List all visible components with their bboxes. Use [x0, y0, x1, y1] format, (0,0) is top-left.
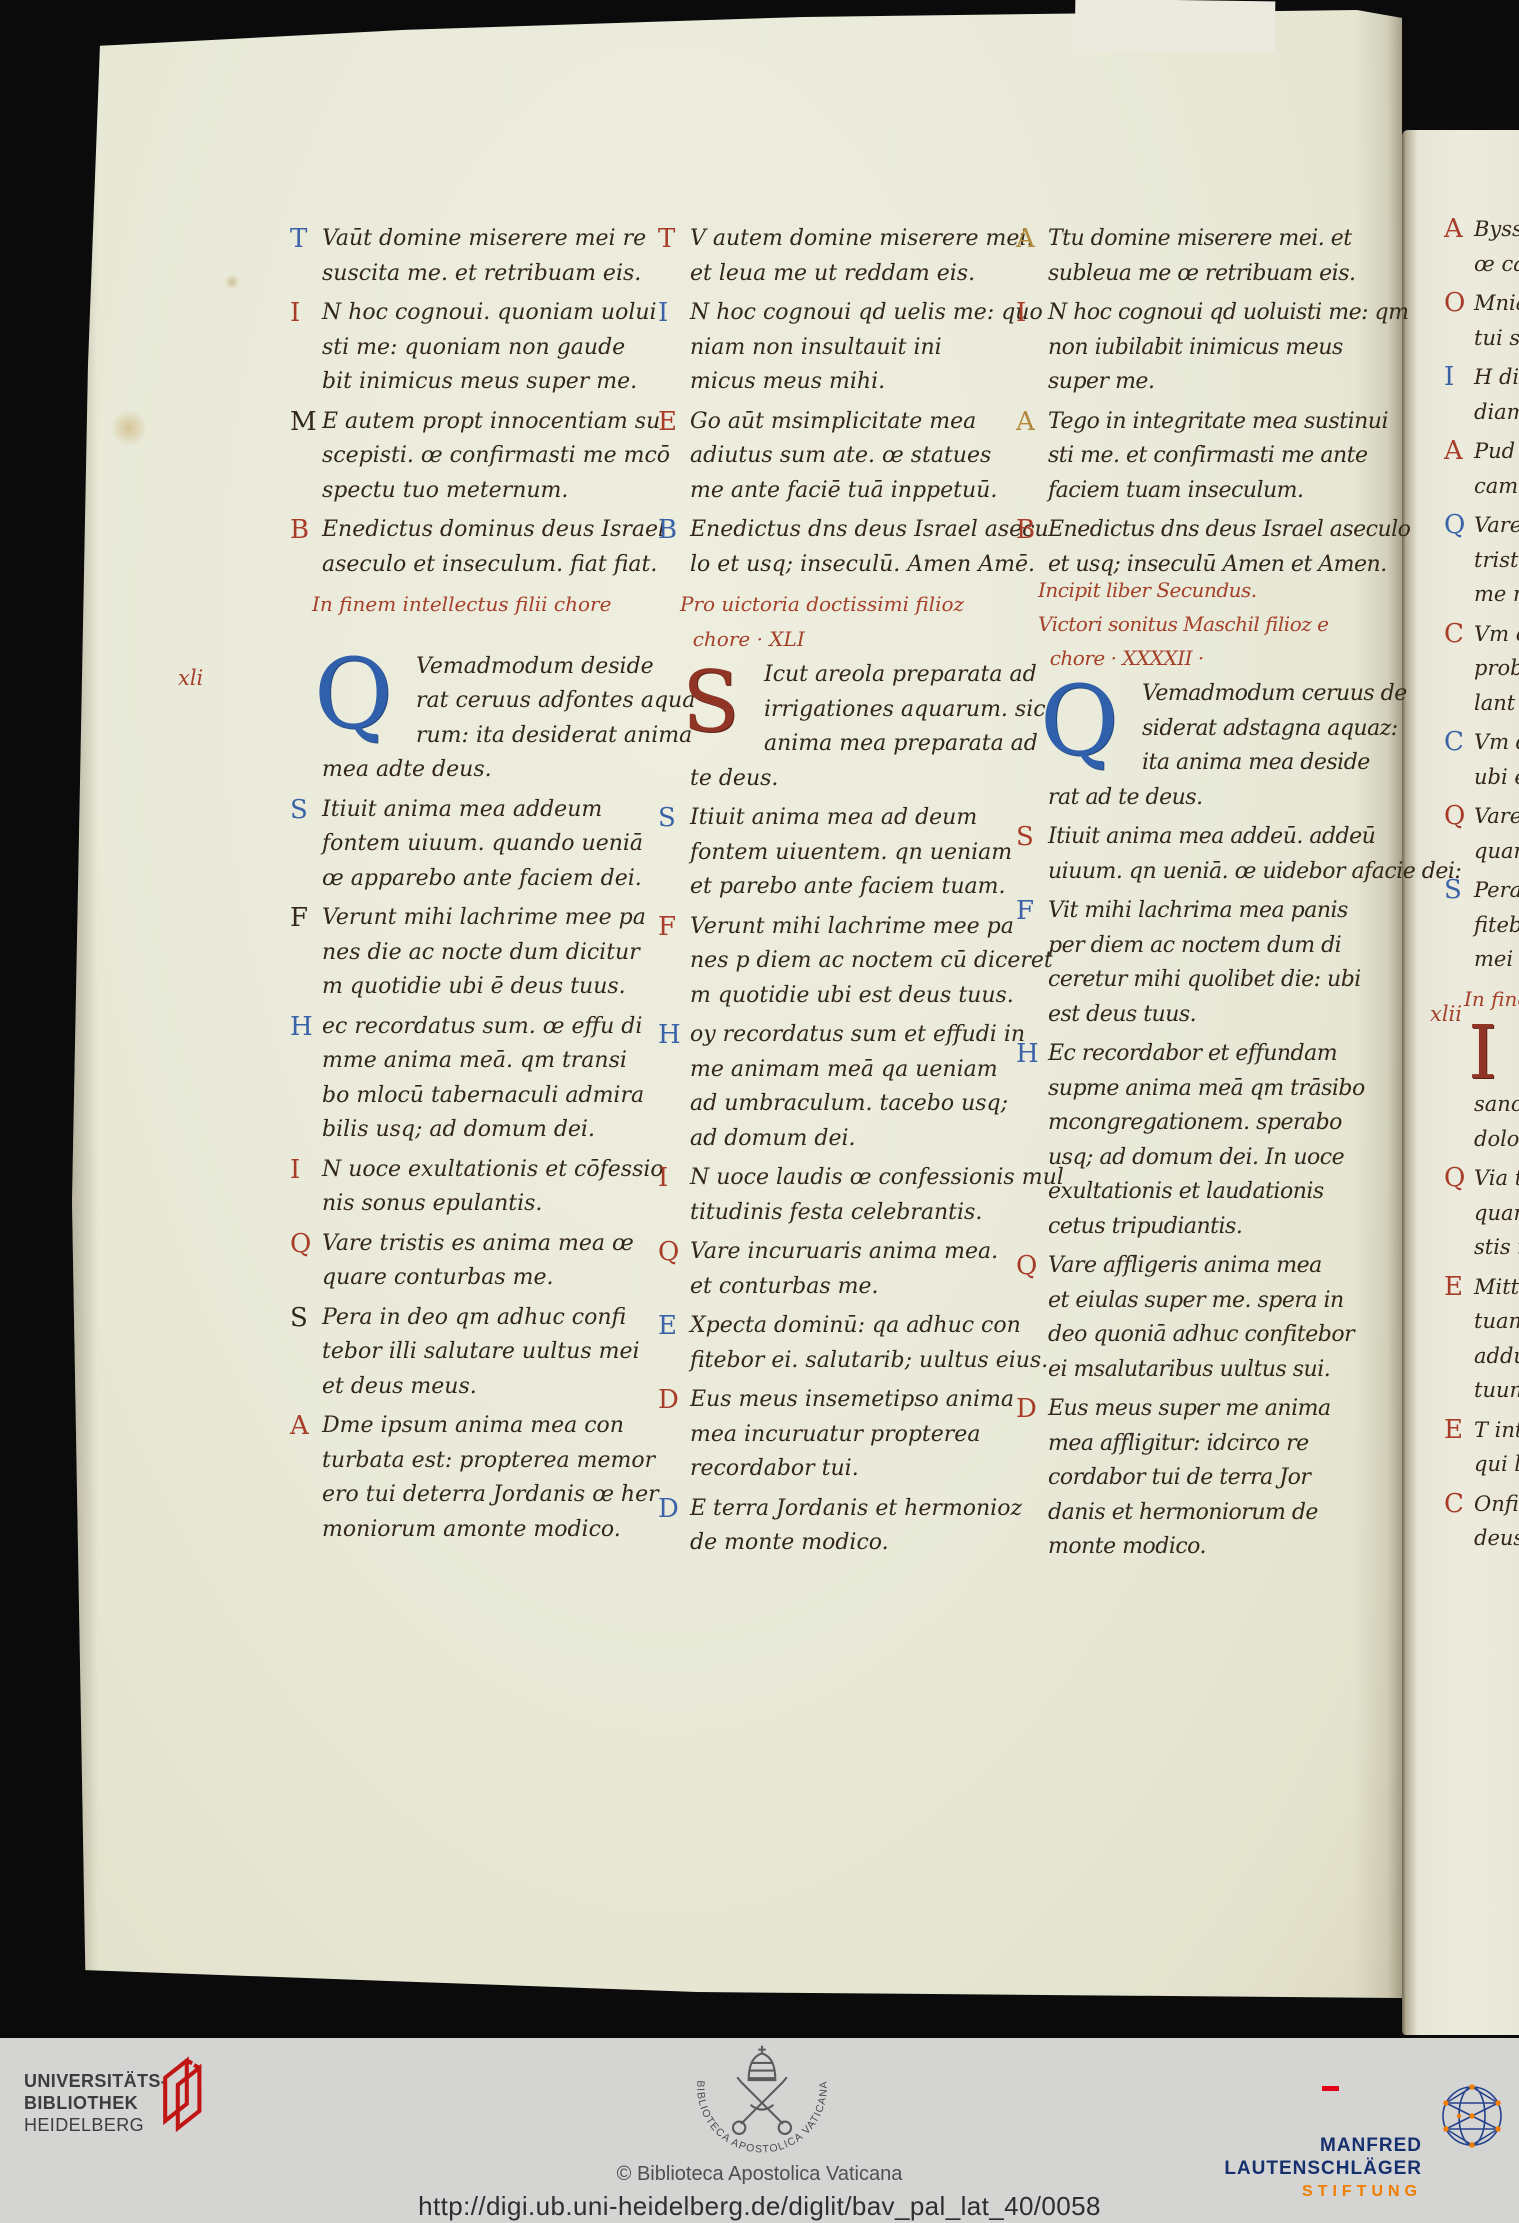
manuscript-line: ubi est c — [1474, 760, 1519, 795]
versal-initial: S — [658, 803, 676, 833]
psalm-verse: HEc recordabor et effundamsupme anima me… — [1048, 1037, 1438, 1244]
manuscript-line: Itiuit anima mea addeū. addeū — [1048, 820, 1438, 855]
manuscript-line: Vare ob — [1474, 508, 1519, 543]
versal-initial: C — [1444, 727, 1464, 757]
psalm-verse: QVare tristis es anima mea œquare contur… — [322, 1227, 694, 1296]
psalm-verse: ATtu domine miserere mei. etsubleua me œ… — [1048, 222, 1438, 291]
versal-initial: I — [290, 1155, 300, 1185]
manuscript-line: ceretur mihi quolibet die: ubi — [1048, 963, 1438, 998]
verse-lines: Via tu esquare rstis inced — [1474, 1161, 1519, 1265]
rubric-line: In finem intellectus filii chore — [312, 587, 694, 622]
versal-initial: S — [1016, 822, 1033, 852]
svg-text:BIBLIOTECA APOSTOLICA VATICANA: BIBLIOTECA APOSTOLICA VATICANA — [694, 2080, 830, 2156]
psalm-verse: SPera infitebormei et — [1474, 873, 1519, 977]
manuscript-line: turbata est: propterea memor — [322, 1444, 694, 1479]
verse-lines: E terra Jordanis et hermoniozde monte mo… — [690, 1492, 1060, 1561]
manuscript-line: Go aūt msimplicitate mea — [690, 405, 1060, 440]
manuscript-line: adduxer — [1474, 1339, 1519, 1374]
manuscript-line: Via tu es — [1474, 1161, 1519, 1196]
ub-logo-line: HEIDELBERG — [24, 2114, 167, 2136]
versal-initial: B — [658, 515, 677, 545]
versal-initial: C — [1444, 1489, 1464, 1519]
text-column-3: ATtu domine miserere mei. etsubleua me œ… — [1048, 222, 1438, 1570]
versal-initial: H — [658, 1020, 681, 1050]
manuscript-line: tebor illi salutare uultus mei — [322, 1335, 694, 1370]
versal-initial: Q — [1016, 1251, 1037, 1281]
ub-logo-line: BIBLIOTHEK — [24, 2092, 167, 2114]
manuscript-line: me animam meā qa ueniam — [690, 1053, 1060, 1088]
manuscript-line: anima mea preparata ad — [764, 727, 1060, 762]
manuscript-line: Vare affligeris anima mea — [1048, 1249, 1438, 1284]
ub-book-icon — [158, 2050, 212, 2136]
psalm-verse: ME autem propt innocentiam suscepisti. œ… — [322, 405, 694, 509]
manuscript-line: deo quoniā adhuc confitebor — [1048, 1318, 1438, 1353]
verse-lines: Mnia excetui super — [1474, 286, 1519, 355]
rubric: In finem intellectus filii chore — [312, 587, 694, 622]
versal-initial: O — [1444, 288, 1465, 318]
parchment-stain — [112, 408, 146, 448]
manuscript-line: fontem uiuum. quando ueniā — [322, 827, 694, 862]
manuscript-line: scepisti. œ confirmasti me mcō — [322, 439, 694, 474]
manuscript-line: micus meus mihi. — [690, 365, 1060, 400]
versal-initial: H — [290, 1012, 313, 1042]
manuscript-line: Enedictus dominus deus Israel — [322, 513, 694, 548]
rubric-line: chore · XLI — [680, 622, 1060, 657]
versal-initial: I — [1444, 362, 1454, 392]
psalm-verse: APud mecam dec — [1474, 434, 1519, 503]
vatican-emblem-text: BIBLIOTECA APOSTOLICA VATICANA — [694, 2080, 830, 2156]
manuscript-line: N uoce laudis œ confessionis mul — [690, 1161, 1060, 1196]
psalm-verse: EXpecta dominū: qa adhuc confitebor ei. … — [690, 1309, 1060, 1378]
manuscript-line: Enedictus dns deus Israel asecu — [690, 513, 1060, 548]
manuscript-line: qui letifica — [1474, 1447, 1519, 1482]
manuscript-line: Xpecta dominū: qa adhuc con — [690, 1309, 1060, 1344]
ml-logo-line: MANFRED — [1150, 2134, 1422, 2157]
verse-lines: Byssus abyœ catarract — [1474, 212, 1519, 281]
manuscript-line: et usq; inseculū Amen et Amen. — [1048, 548, 1438, 583]
psalm-verse: AByssus abyœ catarract — [1474, 212, 1519, 281]
verse-lines: N uoce exultationis et cōfessionis sonus… — [322, 1153, 694, 1222]
verse-lines: ec recordatus sum. œ effu dimme anima me… — [322, 1010, 694, 1148]
manuscript-line: Pera in — [1474, 873, 1519, 908]
manuscript-line: fitebor ei. salutarib; uultus eius. — [690, 1344, 1060, 1379]
manuscript-line: et leua me ut reddam eis. — [690, 257, 1060, 292]
psalm-verse: DEus meus insemetipso animamea incuruatu… — [690, 1383, 1060, 1487]
psalm-verse: IVdiccausancta adoloso e — [1474, 1018, 1519, 1156]
versal-initial: I — [1016, 298, 1026, 328]
versal-initial: I — [658, 298, 668, 328]
verse-lines: Itiuit anima mea addeumfontem uiuum. qua… — [322, 793, 694, 897]
psalm-verse: EGo aūt msimplicitate meaadiutus sum ate… — [690, 405, 1060, 509]
manuscript-line: œ catarract — [1474, 247, 1519, 282]
manuscript-line: Vemadmodum ceruus de — [1142, 677, 1438, 712]
text-column-4: AByssus abyœ catarractOMnia excetui supe… — [1474, 212, 1519, 1561]
verse-lines: Icut areola preparata adirrigationes aqu… — [690, 658, 1060, 796]
manuscript-line: Pera in deo qm adhuc confi — [322, 1301, 694, 1336]
versal-initial: A — [290, 1411, 309, 1441]
psalm-verse: IN uoce laudis œ confessionis multitudin… — [690, 1161, 1060, 1230]
manuscript-line: est deus tuus. — [1048, 998, 1438, 1033]
psalm-verse: BEnedictus dns deus Israel aseculoet usq… — [1048, 513, 1438, 582]
manuscript-line: nes die ac nocte dum dicitur — [322, 936, 694, 971]
psalm-verse: ET introibo aqui letifica — [1474, 1413, 1519, 1482]
verse-lines: Vm co:probralant me — [1474, 617, 1519, 721]
verse-lines: E autem propt innocentiam suscepisti. œ … — [322, 405, 694, 509]
verse-lines: Eus meus insemetipso animamea incuruatur… — [690, 1383, 1060, 1487]
manuscript-line: mme anima meā. qm transi — [322, 1044, 694, 1079]
psalm-verse: SItiuit anima mea addeū. addeūuiuum. qn … — [1048, 820, 1438, 889]
margin-note-xli: xli — [178, 666, 203, 690]
manuscript-line: suscita me. et retribuam eis. — [322, 257, 694, 292]
manuscript-line: Eus meus insemetipso anima — [690, 1383, 1060, 1418]
manuscript-line: Vemadmodum deside — [416, 650, 694, 685]
manuscript-line: Mnia exce — [1474, 286, 1519, 321]
manuscript-line: exultationis et laudationis — [1048, 1175, 1438, 1210]
manuscript-line: nis sonus epulantis. — [322, 1187, 694, 1222]
verse-lines: Vare incuruaris anima mea.et conturbas m… — [690, 1235, 1060, 1304]
ml-logo-line: STIFTUNG — [1150, 2180, 1422, 2203]
versal-initial: S — [290, 795, 308, 825]
manuscript-line: ei msalutaribus uultus sui. — [1048, 1353, 1438, 1388]
vatican-emblem-icon: BIBLIOTECA APOSTOLICA VATICANA — [619, 2042, 905, 2162]
verse-lines: Enedictus dns deus Israel aseculoet usq;… — [1048, 513, 1438, 582]
verse-lines: Go aūt msimplicitate meaadiutus sum ate.… — [690, 405, 1060, 509]
manuscript-line: quare conturbas me. — [322, 1261, 694, 1296]
verse-lines: Vaūt domine miserere mei resuscita me. e… — [322, 222, 694, 291]
manuscript-line: de monte modico. — [690, 1526, 1060, 1561]
manuscript-line: et conturbas me. — [690, 1270, 1060, 1305]
versal-initial: D — [1016, 1394, 1036, 1424]
verse-lines: H die madiam suā — [1474, 360, 1519, 429]
psalm-verse: ATego in integritate mea sustinuisti me.… — [1048, 405, 1438, 509]
manuscript-line: bit inimicus meus super me. — [322, 365, 694, 400]
manuscript-line: tuum et — [1474, 1373, 1519, 1408]
manuscript-line: Ec recordabor et effundam — [1048, 1037, 1438, 1072]
verse-lines: oy recordatus sum et effudi inme animam … — [690, 1018, 1060, 1156]
manuscript-line: Verunt mihi lachrime mee pa — [690, 910, 1060, 945]
manuscript-line: faciem tuam inseculum. — [1048, 474, 1438, 509]
psalm-verse: SItiuit anima mea addeumfontem uiuum. qu… — [322, 793, 694, 897]
versal-initial: Q — [290, 1229, 311, 1259]
versal-initial: F — [658, 912, 676, 942]
manuscript-line: Enedictus dns deus Israel aseculo — [1048, 513, 1438, 548]
manuscript-line: Vare incuruaris anima mea. — [690, 1235, 1060, 1270]
manuscript-line: usq; ad domum dei. In uoce — [1048, 1141, 1438, 1176]
parchment-stain — [224, 274, 240, 290]
manuscript-line: N hoc cognoui qd uoluisti me: qm — [1048, 296, 1438, 331]
versal-initial: B — [1016, 515, 1035, 545]
manuscript-line: ec recordatus sum. œ effu di — [322, 1010, 694, 1045]
manuscript-line: super me. — [1048, 365, 1438, 400]
illuminated-initial: Q — [314, 650, 393, 738]
illuminated-initial: I — [1468, 1018, 1497, 1088]
verse-lines: N hoc cognoui qd uoluisti me: qmnon iubi… — [1048, 296, 1438, 400]
manuscript-line: tuam. v — [1474, 1304, 1519, 1339]
manuscript-line: non iubilabit inimicus meus — [1048, 331, 1438, 366]
manuscript-photo: TVaūt domine miserere mei resuscita me. … — [0, 0, 1519, 2223]
manuscript-line: uiuum. qn ueniā. œ uidebor afacie dei: — [1048, 855, 1438, 890]
manuscript-line: diam suā — [1474, 395, 1519, 430]
manuscript-line: fitebor — [1474, 908, 1519, 943]
ml-stiftung-logo: MANFRED LAUTENSCHLÄGER STIFTUNG — [1150, 2134, 1422, 2203]
rubric-line: Pro uictoria doctissimi filioz — [680, 587, 1060, 622]
verse-lines: Enedictus dominus deus Israelaseculo et … — [322, 513, 694, 582]
manuscript-line: probra — [1474, 651, 1519, 686]
psalm-verse: CVm co:probralant me — [1474, 617, 1519, 721]
verse-lines: N uoce laudis œ confessionis multitudini… — [690, 1161, 1060, 1230]
manuscript-line: Vaūt domine miserere mei re — [322, 222, 694, 257]
manuscript-line: Vm co: — [1474, 617, 1519, 652]
psalm-verse: QVare incuruaris anima mea.et conturbas … — [690, 1235, 1060, 1304]
psalm-verse: FVit mihi lachrima mea panisper diem ac … — [1048, 894, 1438, 1032]
manuscript-line: Itiuit anima mea ad deum — [690, 801, 1060, 836]
manuscript-line: Verunt mihi lachrime mee pa — [322, 901, 694, 936]
versal-initial: F — [1016, 896, 1034, 926]
manuscript-line: mcongregationem. sperabo — [1048, 1106, 1438, 1141]
rubric: Incipit liber Secundus.Victori sonitus M… — [1038, 573, 1438, 675]
manuscript-line: Onfitebor t — [1474, 1487, 1519, 1522]
manuscript-line: me mi: — [1474, 577, 1519, 612]
psalm-verse: TVaūt domine miserere mei resuscita me. … — [322, 222, 694, 291]
psalm-verse: FVerunt mihi lachrime mee panes die ac n… — [322, 901, 694, 1005]
versal-initial: S — [290, 1303, 308, 1333]
versal-initial: E — [658, 1311, 677, 1341]
manuscript-line: Pud me — [1474, 434, 1519, 469]
manuscript-line: fontem uiuentem. qn ueniam — [690, 836, 1060, 871]
verse-lines: Dme ipsum anima mea conturbata est: prop… — [322, 1409, 694, 1547]
manuscript-line: V autem domine miserere mei. — [690, 222, 1060, 257]
manuscript-line: Mitte lu — [1474, 1270, 1519, 1305]
manuscript-line: mea incuruatur propterea — [690, 1418, 1060, 1453]
manuscript-line: irrigationes aquarum. sic — [764, 693, 1060, 728]
manuscript-line: aseculo et inseculum. fiat fiat. — [322, 548, 694, 583]
manuscript-line: T introibo a — [1474, 1413, 1519, 1448]
manuscript-line: rat ad te deus. — [1048, 781, 1438, 816]
ml-logo-line: LAUTENSCHLÄGER — [1150, 2157, 1422, 2180]
verse-lines: Enedictus dns deus Israel aseculo et usq… — [690, 513, 1060, 582]
psalm-verse: TV autem domine miserere mei.et leua me … — [690, 222, 1060, 291]
manuscript-line: tui super — [1474, 321, 1519, 356]
verse-lines: Mitte lutuam. vadduxertuum et — [1474, 1270, 1519, 1408]
verse-lines: N hoc cognoui qd uelis me: quoniam non i… — [690, 296, 1060, 400]
illuminated-initial: S — [682, 658, 740, 746]
manuscript-line: mei et — [1474, 942, 1519, 977]
versal-initial: Q — [1444, 1163, 1465, 1193]
psalm-verse: BEnedictus dominus deus Israelaseculo et… — [322, 513, 694, 582]
versal-initial: I — [658, 1163, 668, 1193]
manuscript-line: per diem ac noctem dum di — [1048, 929, 1438, 964]
manuscript-line: N hoc cognoui qd uelis me: quo — [690, 296, 1060, 331]
book-top-edge — [1075, 0, 1276, 53]
psalm-verse: QVemadmodum ceruus desiderat adstagna aq… — [1048, 677, 1438, 815]
illuminated-initial: Q — [1040, 677, 1118, 765]
verse-lines: Ttu domine miserere mei. etsubleua me œ … — [1048, 222, 1438, 291]
psalm-verse: COnfitebor tdeus meus. — [1474, 1487, 1519, 1556]
versal-initial: E — [658, 407, 677, 437]
versal-initial: T — [658, 224, 675, 254]
manuscript-line: Byssus aby — [1474, 212, 1519, 247]
versal-initial: Q — [658, 1237, 679, 1267]
verse-lines: Tego in integritate mea sustinuisti me. … — [1048, 405, 1438, 509]
psalm-verse: Hec recordatus sum. œ effu dimme anima m… — [322, 1010, 694, 1148]
versal-initial: T — [290, 224, 307, 254]
psalm-verse: SPera in deo qm adhuc confitebor illi sa… — [322, 1301, 694, 1405]
manuscript-line: oy recordatus sum et effudi in — [690, 1018, 1060, 1053]
versal-initial: B — [290, 515, 309, 545]
psalm-verse: BEnedictus dns deus Israel aseculo et us… — [690, 513, 1060, 582]
manuscript-line: Vare tri — [1474, 799, 1519, 834]
verse-lines: Xpecta dominū: qa adhuc confitebor ei. s… — [690, 1309, 1060, 1378]
verse-lines: Ec recordabor et effundamsupme anima meā… — [1048, 1037, 1438, 1244]
manuscript-line: supme anima meā qm trāsibo — [1048, 1072, 1438, 1107]
versal-initial: A — [1016, 407, 1034, 437]
manuscript-line: Tego in integritate mea sustinui — [1048, 405, 1438, 440]
manuscript-line: subleua me œ retribuam eis. — [1048, 257, 1438, 292]
psalm-verse: IN uoce exultationis et cōfessionis sonu… — [322, 1153, 694, 1222]
manuscript-line: cetus tripudiantis. — [1048, 1210, 1438, 1245]
psalm-verse: QVare obtristatume mi: — [1474, 508, 1519, 612]
psalm-verse: Hoy recordatus sum et effudi inme animam… — [690, 1018, 1060, 1156]
versal-initial: S — [1444, 875, 1462, 905]
versal-initial: Q — [1444, 510, 1465, 540]
psalm-verse: IH die madiam suā — [1474, 360, 1519, 429]
manuscript-line: ero tui deterra Jordanis œ her — [322, 1478, 694, 1513]
versal-initial: E — [1444, 1272, 1463, 1302]
manuscript-line: et parebo ante faciem tuam. — [690, 870, 1060, 905]
manuscript-line: m quotidie ubi ē deus tuus. — [322, 970, 694, 1005]
manuscript-line: Vm dicu — [1474, 725, 1519, 760]
manuscript-line: N hoc cognoui. quoniam uolui — [322, 296, 694, 331]
manuscript-line: E autem propt innocentiam su — [322, 405, 694, 440]
manuscript-line: rum: ita desiderat anima — [416, 719, 694, 754]
rubric: Pro uictoria doctissimi filioz chore · X… — [680, 587, 1060, 656]
verse-lines: Vare affligeris anima meaet eiulas super… — [1048, 1249, 1438, 1387]
versal-initial: M — [290, 407, 317, 437]
psalm-verse: ADme ipsum anima mea conturbata est: pro… — [322, 1409, 694, 1547]
globe-icon — [1432, 2076, 1512, 2156]
manuscript-line: Vare tristis es anima mea œ — [322, 1227, 694, 1262]
manuscript-line: mea adte deus. — [322, 753, 694, 788]
manuscript-line: E terra Jordanis et hermonioz — [690, 1492, 1060, 1527]
versal-initial: F — [290, 903, 308, 933]
versal-initial: I — [290, 298, 300, 328]
versal-initial: D — [658, 1385, 679, 1415]
manuscript-line: te deus. — [690, 762, 1060, 797]
manuscript-line: tristatu — [1474, 543, 1519, 578]
leaf-left-edge-shading — [72, 8, 98, 1998]
psalm-verse: QVia tu esquare rstis inced — [1474, 1161, 1519, 1265]
manuscript-line: danis et hermoniorum de — [1048, 1496, 1438, 1531]
verse-lines: Vare tristis es anima mea œquare conturb… — [322, 1227, 694, 1296]
psalm-verse: QVare affligeris anima meaet eiulas supe… — [1048, 1249, 1438, 1387]
psalm-verse: QVare triquare c — [1474, 799, 1519, 868]
verse-lines: Itiuit anima mea addeū. addeūuiuum. qn u… — [1048, 820, 1438, 889]
manuscript-line: nes p diem ac noctem cū diceret — [690, 944, 1060, 979]
verse-lines: V autem domine miserere mei.et leua me u… — [690, 222, 1060, 291]
ub-logo-line: UNIVERSITÄTS- — [24, 2070, 167, 2092]
rubric-line: Victori sonitus Maschil filioz e — [1038, 607, 1438, 641]
verse-lines: Onfitebor tdeus meus. — [1474, 1487, 1519, 1556]
manuscript-line: monte modico. — [1048, 1530, 1438, 1565]
versal-initial: C — [1444, 619, 1464, 649]
verse-lines: Eus meus super me animamea affligitur: i… — [1048, 1392, 1438, 1565]
psalm-verse: SItiuit anima mea ad deumfontem uiuentem… — [690, 801, 1060, 905]
versal-initial: D — [658, 1494, 679, 1524]
psalm-verse: EMitte lutuam. vadduxertuum et — [1474, 1270, 1519, 1408]
manuscript-line: Dme ipsum anima mea con — [322, 1409, 694, 1444]
manuscript-line: adiutus sum ate. œ statues — [690, 439, 1060, 474]
manuscript-line: m quotidie ubi est deus tuus. — [690, 979, 1060, 1014]
psalm-verse: FVerunt mihi lachrime mee panes p diem a… — [690, 910, 1060, 1014]
manuscript-line: Itiuit anima mea addeum — [322, 793, 694, 828]
versal-initial: Q — [1444, 801, 1465, 831]
manuscript-line: lo et usq; inseculū. Amen Amē. — [690, 548, 1060, 583]
manuscript-line: spectu tuo meternum. — [322, 474, 694, 509]
manuscript-line: doloso e — [1474, 1122, 1519, 1157]
manuscript-line: et eiulas super me. spera in — [1048, 1284, 1438, 1319]
manuscript-line: cam dec — [1474, 469, 1519, 504]
manuscript-line: Ttu domine miserere mei. et — [1048, 222, 1438, 257]
verse-lines: Pera infitebormei et — [1474, 873, 1519, 977]
manuscript-line: quare c — [1474, 834, 1519, 869]
manuscript-line: rat ceruus adfontes aqua — [416, 684, 694, 719]
versal-initial: E — [1444, 1415, 1463, 1445]
manuscript-line: ita anima mea deside — [1142, 746, 1438, 781]
manuscript-line: quare r — [1474, 1196, 1519, 1231]
verse-lines: Verunt mihi lachrime mee panes p diem ac… — [690, 910, 1060, 1014]
red-dash — [1322, 2086, 1339, 2091]
verse-lines: T introibo aqui letifica — [1474, 1413, 1519, 1482]
versal-initial: A — [1444, 214, 1463, 244]
manuscript-line: et deus meus. — [322, 1370, 694, 1405]
manuscript-line: stis inced — [1474, 1230, 1519, 1265]
manuscript-line: recordabor tui. — [690, 1452, 1060, 1487]
manuscript-line: sti me: quoniam non gaude — [322, 331, 694, 366]
psalm-verse: IN hoc cognoui qd uelis me: quoniam non … — [690, 296, 1060, 400]
psalm-verse: QVemadmodum desiderat ceruus adfontes aq… — [322, 650, 694, 788]
manuscript-line: deus meus. — [1474, 1521, 1519, 1556]
text-column-1: TVaūt domine miserere mei resuscita me. … — [322, 222, 694, 1552]
manuscript-line: moniorum amonte modico. — [322, 1513, 694, 1548]
psalm-verse: DEus meus super me animamea affligitur: … — [1048, 1392, 1438, 1565]
psalm-verse: OMnia excetui super — [1474, 286, 1519, 355]
verse-lines: Pera in deo qm adhuc confitebor illi sal… — [322, 1301, 694, 1405]
manuscript-line: Vit mihi lachrima mea panis — [1048, 894, 1438, 929]
manuscript-line: bilis usq; ad domum dei. — [322, 1113, 694, 1148]
verse-lines: Vare triquare c — [1474, 799, 1519, 868]
versal-initial: A — [1016, 224, 1034, 254]
psalm-verse: SIcut areola preparata adirrigationes aq… — [690, 658, 1060, 796]
manuscript-line: H die ma — [1474, 360, 1519, 395]
margin-note-xlii: xlii — [1430, 1002, 1462, 1026]
psalm-verse: IN hoc cognoui qd uoluisti me: qmnon iub… — [1048, 296, 1438, 400]
manuscript-line: œ apparebo ante faciem dei. — [322, 862, 694, 897]
psalm-verse: IN hoc cognoui. quoniam uoluisti me: quo… — [322, 296, 694, 400]
manuscript-line: ad domum dei. — [690, 1122, 1060, 1157]
psalm-verse: DE terra Jordanis et hermoniozde monte m… — [690, 1492, 1060, 1561]
manuscript-line: titudinis festa celebrantis. — [690, 1196, 1060, 1231]
manuscript-line: sti me. et confirmasti me ante — [1048, 439, 1438, 474]
manuscript-line: lant me — [1474, 686, 1519, 721]
manuscript-line: siderat adstagna aquaz: — [1142, 712, 1438, 747]
verse-lines: Vare obtristatume mi: — [1474, 508, 1519, 612]
versal-initial: A — [1444, 436, 1463, 466]
manuscript-line: cordabor tui de terra Jor — [1048, 1461, 1438, 1496]
verse-lines: Vm dicuubi est c — [1474, 725, 1519, 794]
psalm-verse: CVm dicuubi est c — [1474, 725, 1519, 794]
verse-lines: Vit mihi lachrima mea panisper diem ac n… — [1048, 894, 1438, 1032]
verse-lines: N hoc cognoui. quoniam uoluisti me: quon… — [322, 296, 694, 400]
